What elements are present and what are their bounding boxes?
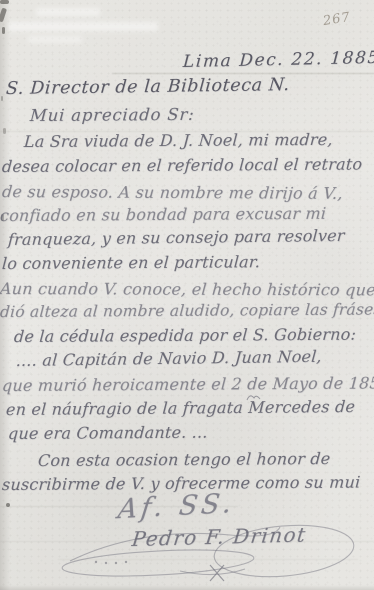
crease-line (112, 73, 374, 74)
letter-line: Aun cuando V. conoce, el hecho histórico… (0, 279, 374, 299)
letter-page: 267 Lima Dec. 22. 1885 S. Director de la… (0, 0, 374, 590)
letter-line: La Sra viuda de D. J. Noel, mi madre, (23, 130, 333, 151)
letter-line: confiado en su bondad para excusar mi (0, 204, 327, 225)
letter-line: en el náufragio de la fragata Mercedes d… (5, 397, 355, 419)
stamp-blur-bar (28, 36, 82, 43)
faint-stamp (8, 6, 168, 46)
page-number: 267 (322, 10, 352, 29)
letter-line: dió alteza al nombre aludido, copiare la… (0, 300, 374, 321)
signature: Pedro F. Drinot (131, 522, 308, 551)
stamp-blur-bar (36, 8, 100, 16)
letter-line: que era Comandante. ... (7, 423, 208, 443)
date-line: Lima Dec. 22. 1885 (182, 48, 374, 72)
letter-line: franqueza, y en su consejo para resolver (7, 226, 345, 249)
insertion-mark (246, 392, 262, 402)
greeting-line: Mui apreciado Sr: (29, 105, 195, 125)
closing-line: Con esta ocasion tengo el honor de (37, 449, 331, 470)
stamp-blur-bar (8, 22, 158, 31)
letter-line: .... al Capitán de Navio D. Juan Noel, (15, 347, 322, 370)
letter-line: de su esposo. A su nombre me dirijo á V.… (1, 182, 343, 203)
letter-line: lo conveniente en el particular. (1, 252, 260, 273)
letter-line: desea colocar en el referido local el re… (1, 154, 362, 176)
rubric-x-mark (210, 565, 224, 581)
letter-line: que murió heroicamente el 2 de Mayo de 1… (1, 373, 374, 395)
letter-line: de la cédula espedida por el S. Gobierno… (13, 325, 356, 346)
salutation-line: S. Director de la Biblioteca N. (5, 75, 290, 99)
